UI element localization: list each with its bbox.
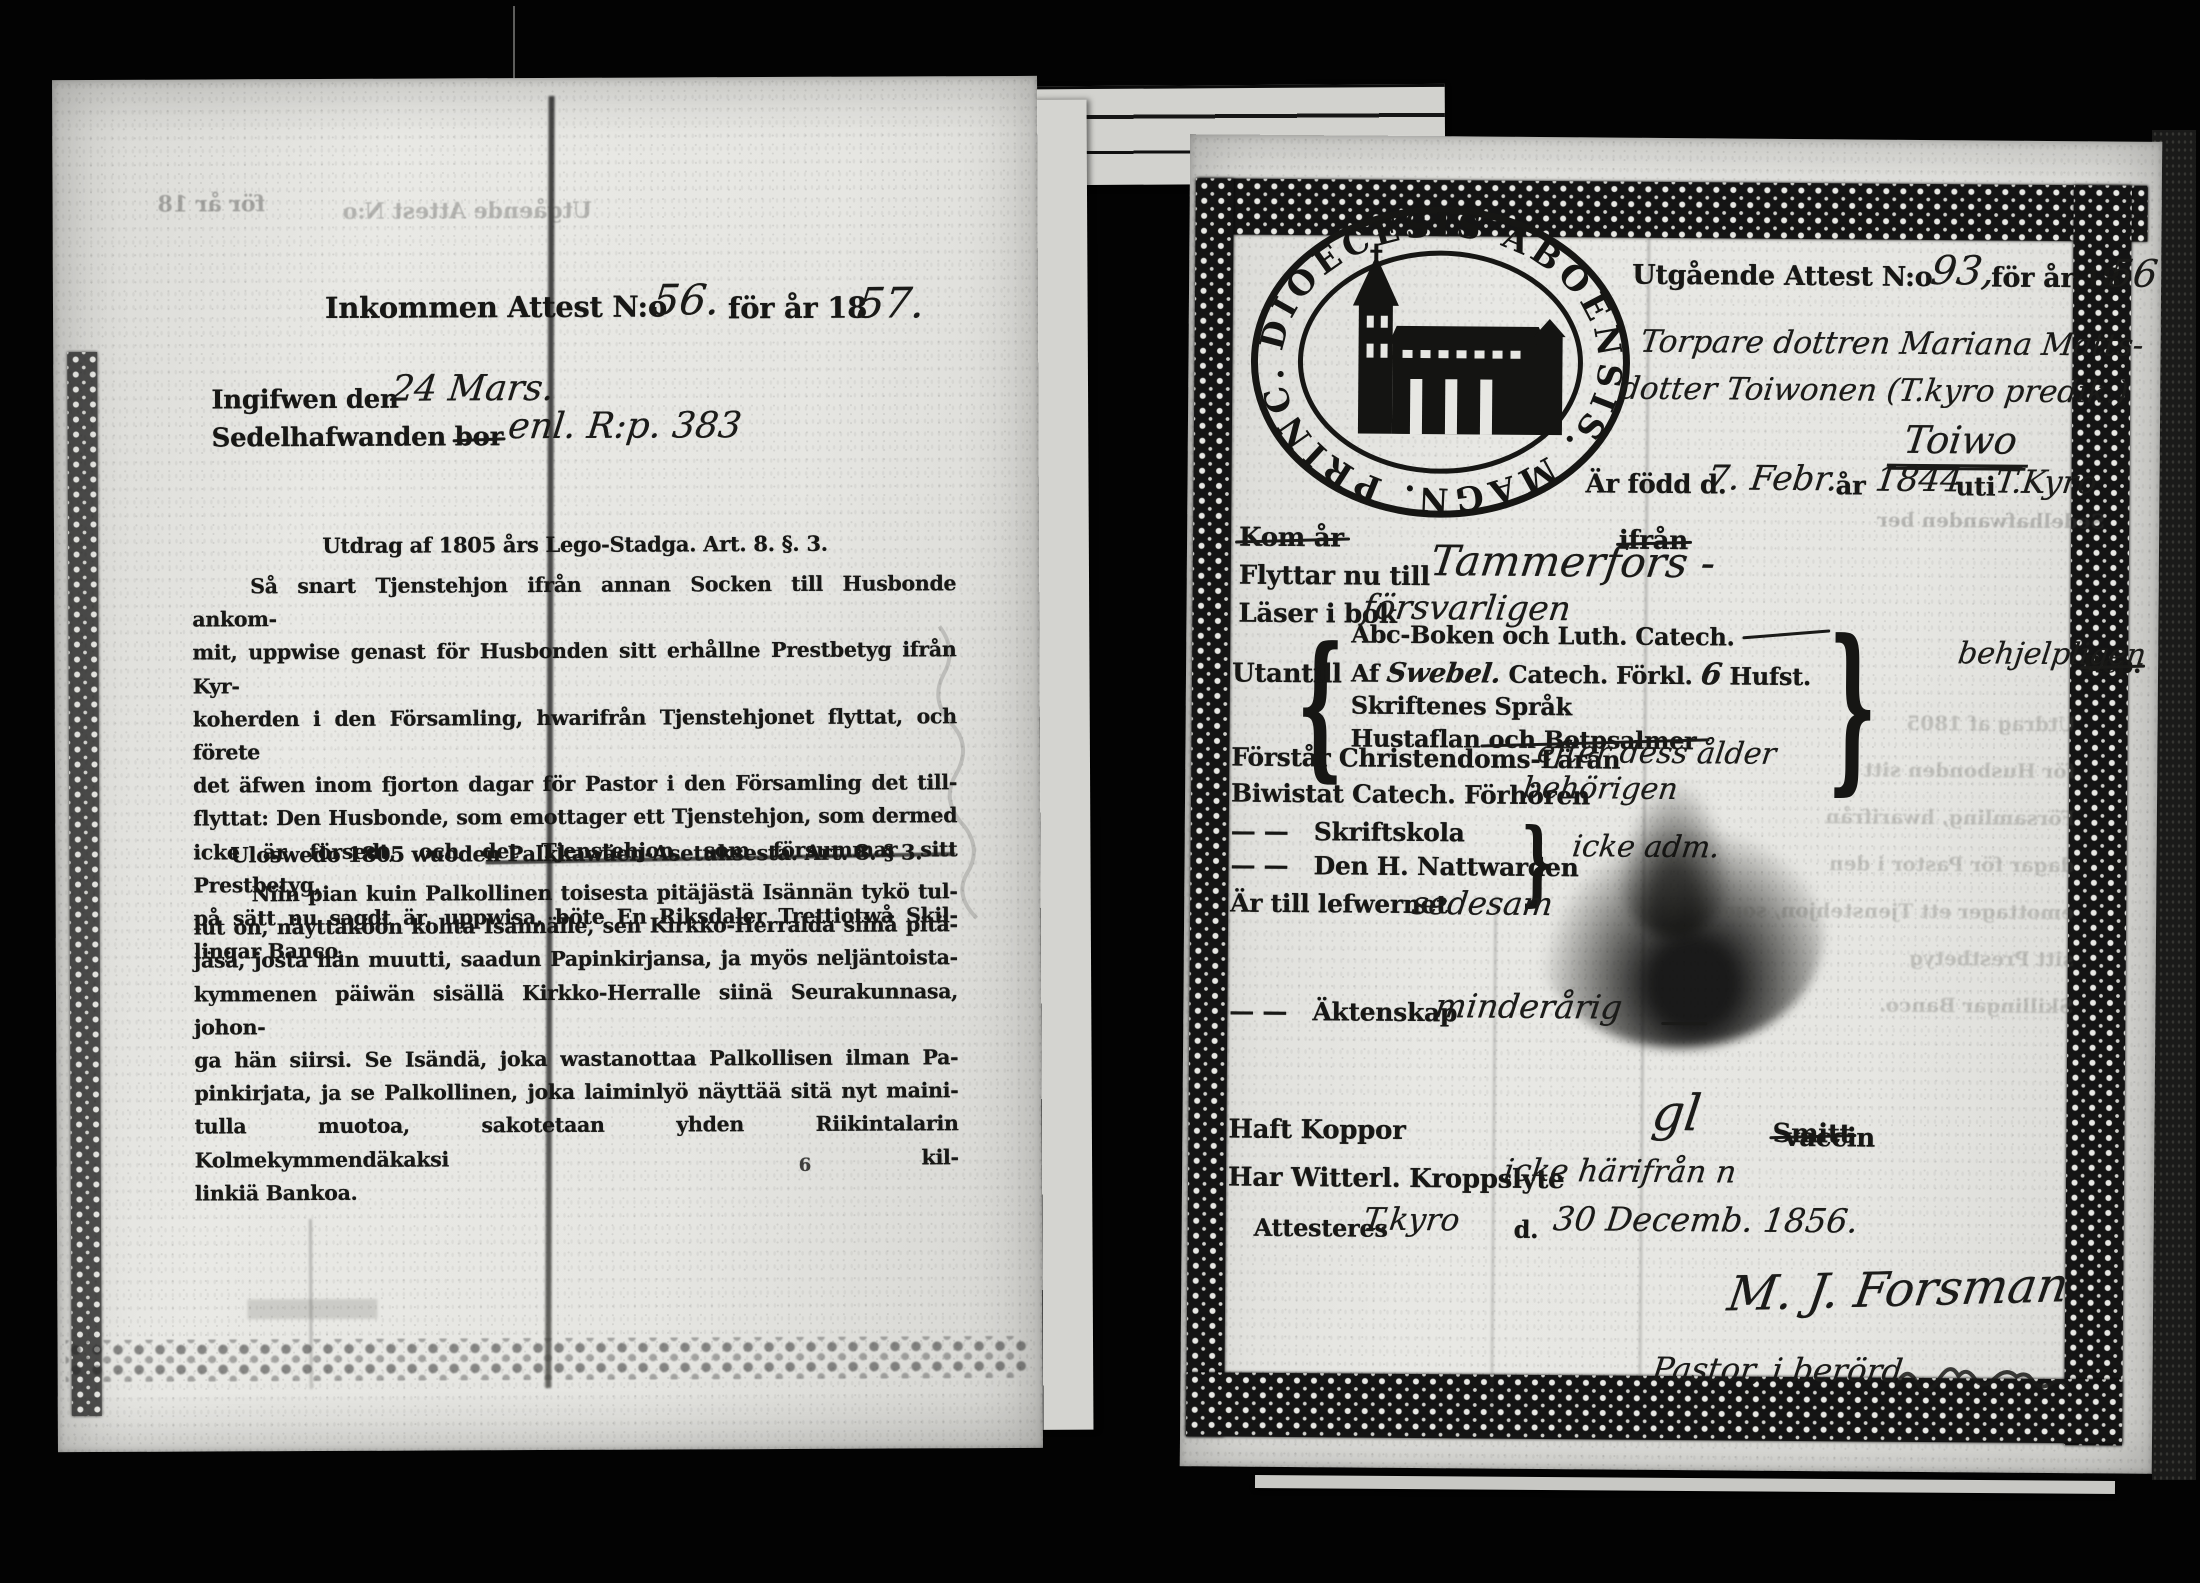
left-title-number: 56. — [650, 275, 723, 324]
pastor-scribble — [1892, 1356, 2082, 1403]
ingifwen-value: 24 Mars. — [389, 368, 557, 410]
sedelhafwanden-value: enl. R:p. 383 — [506, 405, 744, 447]
bleedthrough-line: för Husbonden sitt — [1825, 746, 2075, 795]
bleedthrough-line: Församling, hwarifrån — [1825, 793, 2075, 842]
swedish-line: flyttat: Den Husbonde, som emottager ett… — [193, 800, 957, 837]
nattwarden-dash: — — — [1230, 851, 1288, 880]
bleedthrough-line: Skillingar Banco. — [1823, 981, 2073, 1030]
finnish-line: Niin pian kuin Palkollinen toisesta pitä… — [193, 875, 957, 912]
swedish-line: mit, uppwise genast för Husbonden sitt e… — [192, 634, 956, 704]
finnish-line: kymmenen päiwän sisällä Kirkko-Herralle … — [194, 975, 958, 1045]
right-page: DIOECESIS ABOENSIS. MAGN. PRINC. FINL. — [1180, 134, 2162, 1474]
biwistat-value: behörigen — [1521, 771, 1680, 807]
right-title-mid: för år 18 — [1991, 262, 2120, 294]
koppor-vaccin-label: vaccin — [1784, 1123, 1875, 1154]
left-title-year: 57. — [855, 278, 928, 327]
utantill-label: Utantill — [1232, 659, 1342, 690]
sedelhafwanden-text: Sedelhafwanden — [212, 422, 447, 453]
right-title-year: 56 — [2106, 251, 2160, 295]
born-place: T.Kyro — [1993, 463, 2099, 502]
church-icon — [1352, 243, 1566, 435]
microfilm-scan: för år 18 Utgående Attest N:o Inkommen A… — [0, 0, 2200, 1583]
left-title-mid: för år 18 — [728, 291, 867, 326]
attest-date: 30 Decemb. 1856. — [1551, 1199, 1860, 1240]
bleedthrough-line: emottager ett Tjenstehjon, som — [1824, 887, 2074, 936]
aktenskap-dash: — — — [1229, 997, 1287, 1026]
ghost-sedelhafwanden: Sedelhafwanden ber — [1877, 508, 2105, 534]
kroppslyte-value: icke härifrån n — [1502, 1153, 1739, 1191]
under-sheet-bottom-edge — [1255, 1475, 2115, 1494]
swedish-line: det äfwen inom fjorton dagar för Pastor … — [193, 766, 957, 803]
nattwarden-value: icke adm. — [1570, 829, 1722, 865]
line2-hand-count: 6 — [1698, 657, 1723, 692]
attest-d-label: d. — [1514, 1215, 1539, 1244]
aktenskap-row: — — Äktenskap — [1229, 997, 1457, 1028]
utantill-line3: Skriftenes Språk — [1351, 690, 1572, 721]
line1-connector-dash — [1742, 629, 1830, 639]
attest-place: T.kyro — [1361, 1202, 1461, 1239]
finnish-line: lut on, näyttäköön kohta Isännälle, sen … — [194, 908, 958, 945]
finnish-line: ga hän siirsi. Se Isändä, joka wastanott… — [194, 1041, 958, 1078]
ingifwen-label: Ingifwen den — [211, 385, 398, 416]
flyttar-value: Tammerfors - — [1428, 536, 1719, 587]
born-day: 7. Febr. — [1705, 458, 1840, 499]
margin-scribble — [919, 616, 1030, 936]
right-page-crease-2 — [1490, 897, 1497, 1417]
finnish-line: pinkirjata, ja se Palkollinen, joka laim… — [194, 1074, 958, 1111]
right-title-prefix: Utgående Attest N:o — [1632, 260, 1933, 293]
aktenskap-value: minderårig — [1433, 986, 1625, 1026]
line2-mid: Catech. Förkl. — [1509, 660, 1693, 690]
left-page: för år 18 Utgående Attest N:o Inkommen A… — [52, 76, 1043, 1452]
bleedthrough-line: sitt Prestbetyg — [1824, 934, 2074, 983]
rep-value: behjelpligen — [1956, 636, 2148, 672]
lefwernet-value: sedesam — [1410, 884, 1556, 923]
skriftskola-label: Skriftskola — [1314, 817, 1465, 847]
pastor-line: Pastor, i berörd — [1650, 1350, 1905, 1390]
bleedthrough-column: Utdrag af 1805för Husbonden sittFörsamli… — [1823, 699, 2076, 1030]
signature: M. J. Forsman — [1724, 1257, 2072, 1322]
line2-hand-swebel: Swebel. — [1385, 658, 1503, 690]
left-page-lace-border — [67, 352, 102, 1416]
sedelhafwanden-label: Sedelhafwanden bor — [212, 422, 504, 453]
faint-bottom-mark — [247, 1299, 377, 1320]
finnish-paragraph: Niin pian kuin Palkollinen toisesta pitä… — [193, 875, 958, 1210]
line2-pre: Af — [1351, 658, 1379, 687]
swedish-line: Så snart Tjenstehjon ifrån annan Socken … — [192, 567, 956, 637]
left-title-prefix: Inkommen Attest N:o — [325, 289, 667, 324]
born-year: 1844 — [1873, 460, 1965, 501]
ghost-year-fragment: för år 18 — [157, 191, 265, 217]
finnish-line: tulla muotoa, sakotetaan yhden Riikintal… — [195, 1108, 959, 1178]
kom-ar-struck: Kom år — [1239, 523, 1344, 554]
sedelhafwanden-struck-word: bor — [455, 422, 503, 452]
koppor-label: Haft Koppor — [1228, 1115, 1405, 1146]
right-page-lace-left — [1186, 178, 1234, 1436]
swedish-section-heading: Utdrag af 1805 års Lego-Stadga. Art. 8. … — [194, 530, 956, 558]
utantill-line1: Abc-Boken och Luth. Catech. — [1351, 619, 1735, 651]
bleedthrough-line: dagar för Pastor i den — [1824, 840, 2074, 889]
right-title-number: 93, — [1928, 248, 1998, 294]
diocese-seal: DIOECESIS ABOENSIS. MAGN. PRINC. FINL. — [1239, 193, 1642, 534]
finnish-line: linkiä Bankoa. — [195, 1174, 959, 1211]
utantill-line2: Af Swebel. Catech. Förkl. 6 Hufst. — [1351, 654, 1811, 693]
person-line-1: Torpare dottren Mariana Matts- — [1638, 324, 2145, 364]
swedish-line: koherden i den Församling, hwarifrån Tje… — [193, 700, 957, 770]
forstar-value: efter dess ålder — [1535, 735, 1778, 772]
ghost-title-fragment: Utgående Attest N:o — [343, 198, 592, 225]
born-year-label: år — [1835, 471, 1865, 501]
skriftskola-dash: — — — [1231, 817, 1289, 846]
aktenskap-trailing-dash — [1661, 1022, 1707, 1025]
person-line-2: dotter Toiwonen (T.kyro predik.) — [1618, 371, 2131, 411]
footnote-number: 6 — [799, 1155, 811, 1176]
born-uti-label: uti — [1955, 472, 1995, 502]
koppor-hand-mark: gl — [1649, 1084, 1705, 1142]
finnish-line: jäsä, josta hän muutti, saadun Papinkirj… — [194, 942, 958, 979]
bleedthrough-line: Utdrag af 1805 — [1825, 699, 2075, 748]
line2-post: Hufst. — [1729, 661, 1811, 691]
skriftskola-row: — — Skriftskola — [1231, 817, 1465, 848]
